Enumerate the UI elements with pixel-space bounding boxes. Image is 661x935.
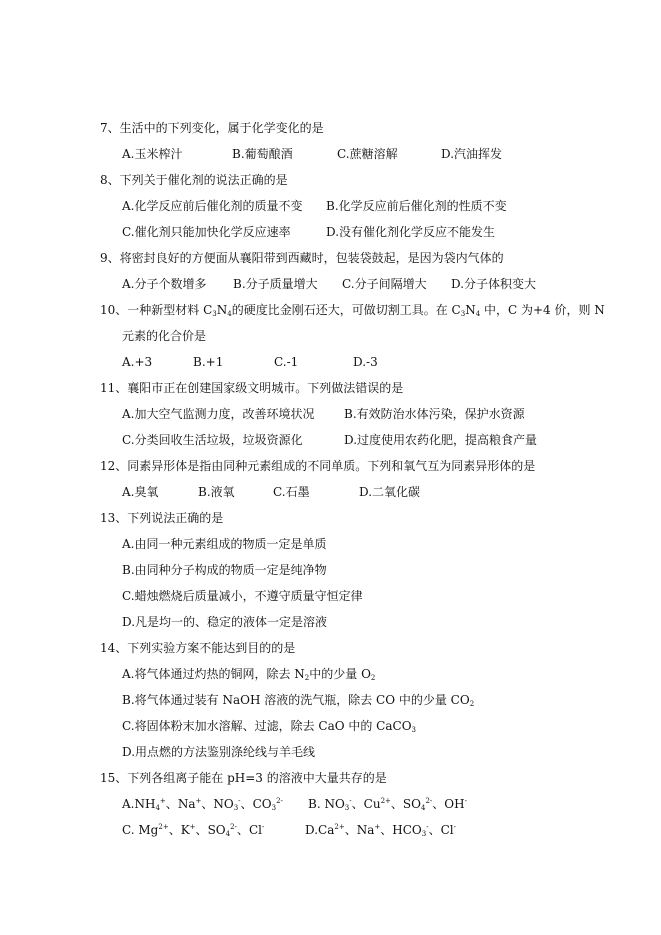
option-a: A.化学反应前后催化剂的质量不变 xyxy=(122,198,302,214)
ion: OH- xyxy=(444,797,467,811)
option-a: A.玉米榨汁 xyxy=(122,146,182,162)
question-number: 10、 xyxy=(100,303,127,317)
subscript: 3 xyxy=(412,726,416,734)
option-a: A.加大空气监测力度，改善环境状况 xyxy=(122,406,314,422)
separator: 、 xyxy=(166,797,178,811)
option-b: B.有效防治水体污染，保护水资源 xyxy=(344,406,525,422)
stem-text: 的硬度比金刚石还大，可做切割工具。在 C xyxy=(232,303,461,317)
ion: K+ xyxy=(181,823,196,837)
question-10: 10、一种新型材料 C3N4的硬度比金刚石还大，可做切割工具。在 C3N4 中，… xyxy=(100,302,605,318)
option-text: B.将气体通过装有 NaOH 溶液的洗气瓶，除去 CO 中的少量 CO xyxy=(122,693,470,707)
exam-page: 7、生活中的下列变化，属于化学变化的是 A.玉米榨汁 B.葡萄酿酒 C.蔗糖溶解… xyxy=(0,0,661,935)
option-b: B.液氧 xyxy=(198,484,235,500)
question-number: 12、 xyxy=(100,459,127,473)
option-label: D. xyxy=(305,823,318,837)
option-d: D.过度使用农药化肥，提高粮食产量 xyxy=(344,432,537,448)
question-stem: 襄阳市正在创建国家级文明城市。下列做法错误的是 xyxy=(127,381,403,395)
separator: 、 xyxy=(196,823,208,837)
question-number: 15、 xyxy=(100,771,127,785)
question-number: 11、 xyxy=(100,381,127,395)
ion: Na+ xyxy=(357,823,381,837)
option-b: B.化学反应前后催化剂的性质不变 xyxy=(326,198,507,214)
option-b: B.分子质量增大 xyxy=(233,276,318,292)
option-a: A.将气体通过灼热的铜网，除去 N2中的少量 O2 xyxy=(122,666,375,682)
stem-text: 一种新型材料 C xyxy=(127,303,212,317)
option-text: 中的少量 O xyxy=(309,667,371,681)
question-13: 13、下列说法正确的是 xyxy=(100,510,223,526)
option-b: B.葡萄酿酒 xyxy=(232,146,293,162)
question-15: 15、下列各组离子能在 pH=3 的溶液中大量共存的是 xyxy=(100,770,387,786)
question-10-continued: 元素的化合价是 xyxy=(122,328,206,344)
question-stem: 下列实验方案不能达到目的的是 xyxy=(127,641,295,655)
question-stem: 将密封良好的方便面从襄阳带到西藏时，包装袋鼓起，是因为袋内气体的 xyxy=(120,251,504,265)
question-number: 14、 xyxy=(100,641,127,655)
ion: Na+ xyxy=(178,797,202,811)
question-11: 11、襄阳市正在创建国家级文明城市。下列做法错误的是 xyxy=(100,380,403,396)
option-a: A.NH4+、Na+、NO3-、CO32- xyxy=(122,796,283,812)
ion: Cl- xyxy=(441,823,456,837)
separator: 、 xyxy=(432,797,444,811)
question-stem: 下列各组离子能在 pH=3 的溶液中大量共存的是 xyxy=(127,771,386,785)
separator: 、 xyxy=(352,797,364,811)
question-8: 8、下列关于催化剂的说法正确的是 xyxy=(100,172,288,188)
stem-text: N xyxy=(217,303,228,317)
stem-text: N xyxy=(465,303,476,317)
subscript: 2 xyxy=(371,674,375,682)
separator: 、 xyxy=(201,797,213,811)
option-d: D.Ca2+、Na+、HCO3-、Cl- xyxy=(305,822,456,838)
option-label: C. xyxy=(122,823,138,837)
ion: NO3- xyxy=(324,797,351,811)
option-a: A.臭氧 xyxy=(122,484,158,500)
ion: Cl- xyxy=(249,823,264,837)
subscript: 2 xyxy=(470,700,474,708)
question-number: 13、 xyxy=(100,511,127,525)
stem-text: 中，C 为+4 价，则 N xyxy=(480,303,605,317)
ion: Mg2+ xyxy=(138,823,168,837)
separator: 、 xyxy=(429,823,441,837)
option-d: D.汽油挥发 xyxy=(441,146,502,162)
question-stem: 同素异形体是指由同种元素组成的不同单质。下列和氧气互为同素异形体的是 xyxy=(127,459,535,473)
option-d: D.二氧化碳 xyxy=(359,484,420,500)
ion: CO32- xyxy=(253,797,283,811)
ion: Ca2+ xyxy=(318,823,345,837)
option-text: D.用点燃的方法鉴别涤纶线与羊毛线 xyxy=(122,745,315,759)
separator: 、 xyxy=(391,797,403,811)
option-c: C.将固体粉末加水溶解、过滤，除去 CaO 中的 CaCO3 xyxy=(122,718,416,734)
option-c: C.分类回收生活垃圾，垃圾资源化 xyxy=(122,432,303,448)
option-d: D.分子体积变大 xyxy=(451,276,536,292)
option-text: C.将固体粉末加水溶解、过滤，除去 CaO 中的 CaCO xyxy=(122,719,412,733)
option-d: D.凡是均一的、稳定的液体一定是溶液 xyxy=(122,614,327,630)
option-c: C. Mg2+、K+、SO42-、Cl- xyxy=(122,822,264,838)
option-d: D.没有催化剂化学反应不能发生 xyxy=(326,224,495,240)
separator: 、 xyxy=(345,823,357,837)
separator: 、 xyxy=(237,823,249,837)
option-b: B. NO3-、Cu2+、SO42-、OH- xyxy=(308,796,467,812)
option-a: A.+3 xyxy=(122,354,152,370)
separator: 、 xyxy=(380,823,392,837)
question-stem: 生活中的下列变化，属于化学变化的是 xyxy=(120,121,324,135)
option-c: C.石墨 xyxy=(273,484,310,500)
question-9: 9、将密封良好的方便面从襄阳带到西藏时，包装袋鼓起，是因为袋内气体的 xyxy=(100,250,504,266)
option-c: C.分子间隔增大 xyxy=(342,276,427,292)
option-d: D.用点燃的方法鉴别涤纶线与羊毛线 xyxy=(122,744,315,760)
ion: Cu2+ xyxy=(364,797,391,811)
question-number: 7、 xyxy=(100,121,120,135)
separator: 、 xyxy=(241,797,253,811)
option-d: D.-3 xyxy=(353,354,378,370)
ion: SO42- xyxy=(208,823,237,837)
question-stem: 下列说法正确的是 xyxy=(127,511,223,525)
option-c: C.-1 xyxy=(274,354,298,370)
option-text: A.将气体通过灼热的铜网，除去 N xyxy=(122,667,305,681)
option-label: A. xyxy=(122,797,134,811)
option-b: B.由同种分子构成的物质一定是纯净物 xyxy=(122,562,327,578)
option-b: B.将气体通过装有 NaOH 溶液的洗气瓶，除去 CO 中的少量 CO2 xyxy=(122,692,474,708)
option-label: B. xyxy=(308,797,324,811)
option-a: A.由同一种元素组成的物质一定是单质 xyxy=(122,536,326,552)
question-7: 7、生活中的下列变化，属于化学变化的是 xyxy=(100,120,324,136)
option-b: B.+1 xyxy=(193,354,223,370)
ion: NH4+ xyxy=(134,797,165,811)
question-number: 9、 xyxy=(100,251,120,265)
option-c: C.蔗糖溶解 xyxy=(337,146,398,162)
option-a: A.分子个数增多 xyxy=(122,276,206,292)
option-c: C.蜡烛燃烧后质量减小，不遵守质量守恒定律 xyxy=(122,588,363,604)
separator: 、 xyxy=(169,823,181,837)
question-14: 14、下列实验方案不能达到目的的是 xyxy=(100,640,295,656)
ion: HCO3- xyxy=(392,823,428,837)
question-12: 12、同素异形体是指由同种元素组成的不同单质。下列和氧气互为同素异形体的是 xyxy=(100,458,535,474)
question-stem: 下列关于催化剂的说法正确的是 xyxy=(120,173,288,187)
option-c: C.催化剂只能加快化学反应速率 xyxy=(122,224,291,240)
ion: SO42- xyxy=(403,797,432,811)
ion: NO3- xyxy=(213,797,240,811)
question-number: 8、 xyxy=(100,173,120,187)
